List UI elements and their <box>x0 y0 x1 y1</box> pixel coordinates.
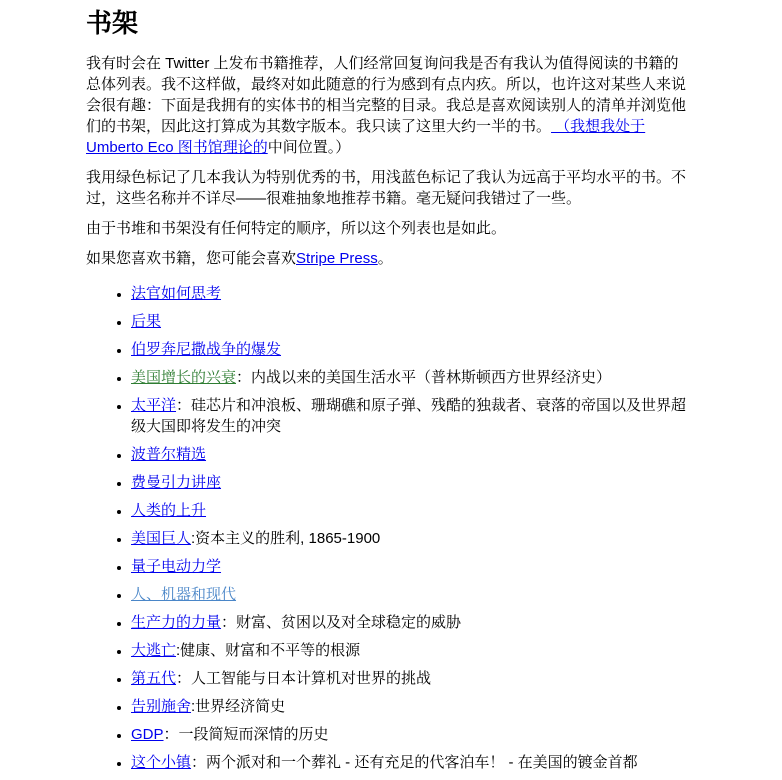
book-link[interactable]: 太平洋 <box>131 397 176 414</box>
book-link[interactable]: 后果 <box>131 313 161 330</box>
book-description: :资本主义的胜利, 1865-1900 <box>191 530 380 547</box>
book-link[interactable]: 量子电动力学 <box>131 558 221 575</box>
book-link[interactable]: 波普尔精选 <box>131 446 206 463</box>
book-description: :健康、财富和不平等的根源 <box>176 642 360 659</box>
book-list-item: 费曼引力讲座 <box>131 472 692 493</box>
book-description: ：两个派对和一个葬礼 - 还有充足的代客泊车！ - 在美国的镀金首都 <box>191 754 638 771</box>
book-link[interactable]: 法官如何思考 <box>131 285 221 302</box>
book-list-item: 美国增长的兴衰：内战以来的美国生活水平（普林斯顿西方世界经济史） <box>131 367 692 388</box>
order-note-paragraph: 由于书堆和书架没有任何特定的顺序，所以这个列表也是如此。 <box>86 218 692 239</box>
book-description: :世界经济简史 <box>191 698 285 715</box>
book-list-item: 太平洋：硅芯片和冲浪板、珊瑚礁和原子弹、残酷的独裁者、衰落的帝国以及世界超级大国… <box>131 395 692 437</box>
book-link[interactable]: 伯罗奔尼撒战争的爆发 <box>131 341 281 358</box>
book-description: ：人工智能与日本计算机对世界的挑战 <box>176 670 431 687</box>
book-list-item: 人、机器和现代 <box>131 584 692 605</box>
book-link[interactable]: 告别施舍 <box>131 698 191 715</box>
page-content: 书架 我有时会在 Twitter 上发布书籍推荐，人们经常回复询问我是否有我认为… <box>86 8 692 773</box>
book-link[interactable]: 人类的上升 <box>131 502 206 519</box>
legend-paragraph: 我用绿色标记了几本我认为特别优秀的书，用浅蓝色标记了我认为远高于平均水平的书。不… <box>86 167 692 209</box>
book-list-item: 大逃亡:健康、财富和不平等的根源 <box>131 640 692 661</box>
book-list-item: GDP：一段简短而深情的历史 <box>131 724 692 745</box>
book-link[interactable]: 这个小镇 <box>131 754 191 771</box>
book-description: ：财富、贫困以及对全球稳定的威胁 <box>221 614 461 631</box>
book-list-item: 美国巨人:资本主义的胜利, 1865-1900 <box>131 528 692 549</box>
book-description: ：内战以来的美国生活水平（普林斯顿西方世界经济史） <box>236 369 611 386</box>
book-link[interactable]: 美国巨人 <box>131 530 191 547</box>
stripe-press-link[interactable]: Stripe Press <box>296 250 378 267</box>
book-list-item: 这个小镇：两个派对和一个葬礼 - 还有充足的代客泊车！ - 在美国的镀金首都 <box>131 752 692 773</box>
book-list-item: 告别施舍:世界经济简史 <box>131 696 692 717</box>
book-list-item: 人类的上升 <box>131 500 692 521</box>
book-link[interactable]: 生产力的力量 <box>131 614 221 631</box>
stripe-press-text: 如果您喜欢书籍，您可能会喜欢 <box>86 250 296 267</box>
book-list-item: 量子电动力学 <box>131 556 692 577</box>
intro-paragraph: 我有时会在 Twitter 上发布书籍推荐，人们经常回复询问我是否有我认为值得阅… <box>86 53 692 158</box>
book-list-item: 后果 <box>131 311 692 332</box>
intro-text-after-link: 中间位置。） <box>268 139 351 156</box>
book-link[interactable]: 费曼引力讲座 <box>131 474 221 491</box>
book-link[interactable]: 大逃亡 <box>131 642 176 659</box>
stripe-press-paragraph: 如果您喜欢书籍，您可能会喜欢Stripe Press。 <box>86 248 692 269</box>
stripe-press-text-after: 。 <box>378 250 393 267</box>
page-title: 书架 <box>86 8 692 39</box>
book-list-item: 第五代：人工智能与日本计算机对世界的挑战 <box>131 668 692 689</box>
book-list-item: 法官如何思考 <box>131 283 692 304</box>
book-list-item: 生产力的力量：财富、贫困以及对全球稳定的威胁 <box>131 612 692 633</box>
book-description: ：硅芯片和冲浪板、珊瑚礁和原子弹、残酷的独裁者、衰落的帝国以及世界超级大国即将发… <box>131 397 686 435</box>
book-list-item: 伯罗奔尼撒战争的爆发 <box>131 339 692 360</box>
book-link[interactable]: GDP <box>131 726 164 743</box>
book-link[interactable]: 人、机器和现代 <box>131 586 236 603</box>
book-list: 法官如何思考 后果 伯罗奔尼撒战争的爆发 美国增长的兴衰：内战以来的美国生活水平… <box>86 283 692 773</box>
book-description: ：一段简短而深情的历史 <box>164 726 329 743</box>
book-link[interactable]: 美国增长的兴衰 <box>131 369 236 386</box>
book-list-item: 波普尔精选 <box>131 444 692 465</box>
book-link[interactable]: 第五代 <box>131 670 176 687</box>
